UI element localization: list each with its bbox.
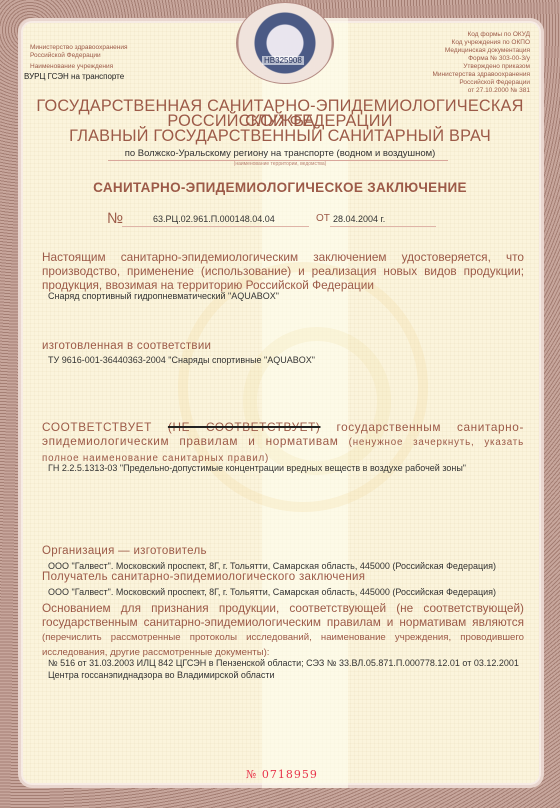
technical-spec: ТУ 9616-001-36440363-2004 "Снаряды спорт… — [48, 355, 315, 365]
ministry-line: Министерство здравоохранения — [30, 44, 128, 52]
serial-number: № 0718959 — [246, 768, 318, 781]
manufacturer-label: Организация — изготовитель — [42, 545, 207, 557]
region-value: по Волжско-Уральскому региону на транспо… — [20, 148, 540, 159]
region-hint: (наименование территории, ведомства) — [20, 161, 540, 167]
number-underline — [122, 226, 309, 227]
document-date: 28.04.2004 г. — [333, 214, 385, 224]
form-code-line: Форма № 303-00-3/у — [433, 55, 531, 63]
product-name: Снаряд спортивный гидропневматический "A… — [48, 291, 279, 301]
recipient-label: Получатель санитарно-эпидемиологического… — [42, 571, 365, 583]
document-title: САНИТАРНО-ЭПИДЕМИОЛОГИЧЕСКОЕ ЗАКЛЮЧЕНИЕ — [20, 180, 540, 195]
intro-paragraph: Настоящим санитарно-эпидемиологическим з… — [42, 250, 524, 292]
institution-hint: Наименование учреждения — [30, 63, 128, 71]
institution-name: ВУРЦ ГСЭН на транспорте — [24, 72, 124, 81]
number-label: № — [107, 210, 123, 227]
form-code-line: Министерства здравоохранения — [433, 71, 531, 79]
date-label: ОТ — [316, 213, 330, 224]
recipient-value: ООО "Галвест". Московский проспект, 8Г, … — [48, 587, 528, 598]
basis-paragraph: Основанием для признания продукции, соот… — [42, 601, 524, 659]
basis-text: Основанием для признания продукции, соот… — [42, 601, 524, 629]
form-code-line: от 27.10.2000 № 381 — [433, 87, 531, 95]
made-according-label: изготовленная в соответствии — [42, 340, 211, 352]
form-code-line: Утверждено приказом — [433, 63, 531, 71]
form-code-line: Код формы по ОКУД — [433, 31, 531, 39]
form-code-line: Код учреждения по ОКПО — [433, 39, 531, 47]
ministry-line: Российской Федерации — [30, 52, 128, 60]
conformity-paragraph: СООТВЕТСТВУЕТ (НЕ СООТВЕТСТВУЕТ) государ… — [42, 420, 524, 466]
document-number: 63.РЦ.02.961.П.000148.04.04 — [153, 214, 275, 224]
chief-doctor-title: ГЛАВНЫЙ ГОСУДАРСТВЕННЫЙ САНИТАРНЫЙ ВРАЧ — [20, 129, 540, 144]
basis-value: № 516 от 31.03.2003 ИЛЦ 842 ЦГСЭН в Пенз… — [48, 657, 528, 681]
date-underline — [330, 226, 436, 227]
form-code-line: Российской Федерации — [433, 79, 531, 87]
seal-number: НВ325908 — [262, 56, 304, 65]
hygiene-norm: ГН 2.2.5.1313-03 "Предельно-допустимые к… — [48, 463, 466, 473]
basis-hint: (перечислить рассмотренные протоколы исс… — [42, 632, 524, 658]
form-code-header: Код формы по ОКУД Код учреждения по ОКПО… — [433, 31, 531, 95]
hologram-seal-icon — [236, 2, 334, 84]
ministry-header: Министерство здравоохранения Российской … — [30, 44, 128, 71]
conforms-text: СООТВЕТСТВУЕТ — [42, 420, 152, 434]
not-conforms-struck: (НЕ СООТВЕТСТВУЕТ) — [168, 420, 321, 434]
form-code-line: Медицинская документация — [433, 47, 531, 55]
